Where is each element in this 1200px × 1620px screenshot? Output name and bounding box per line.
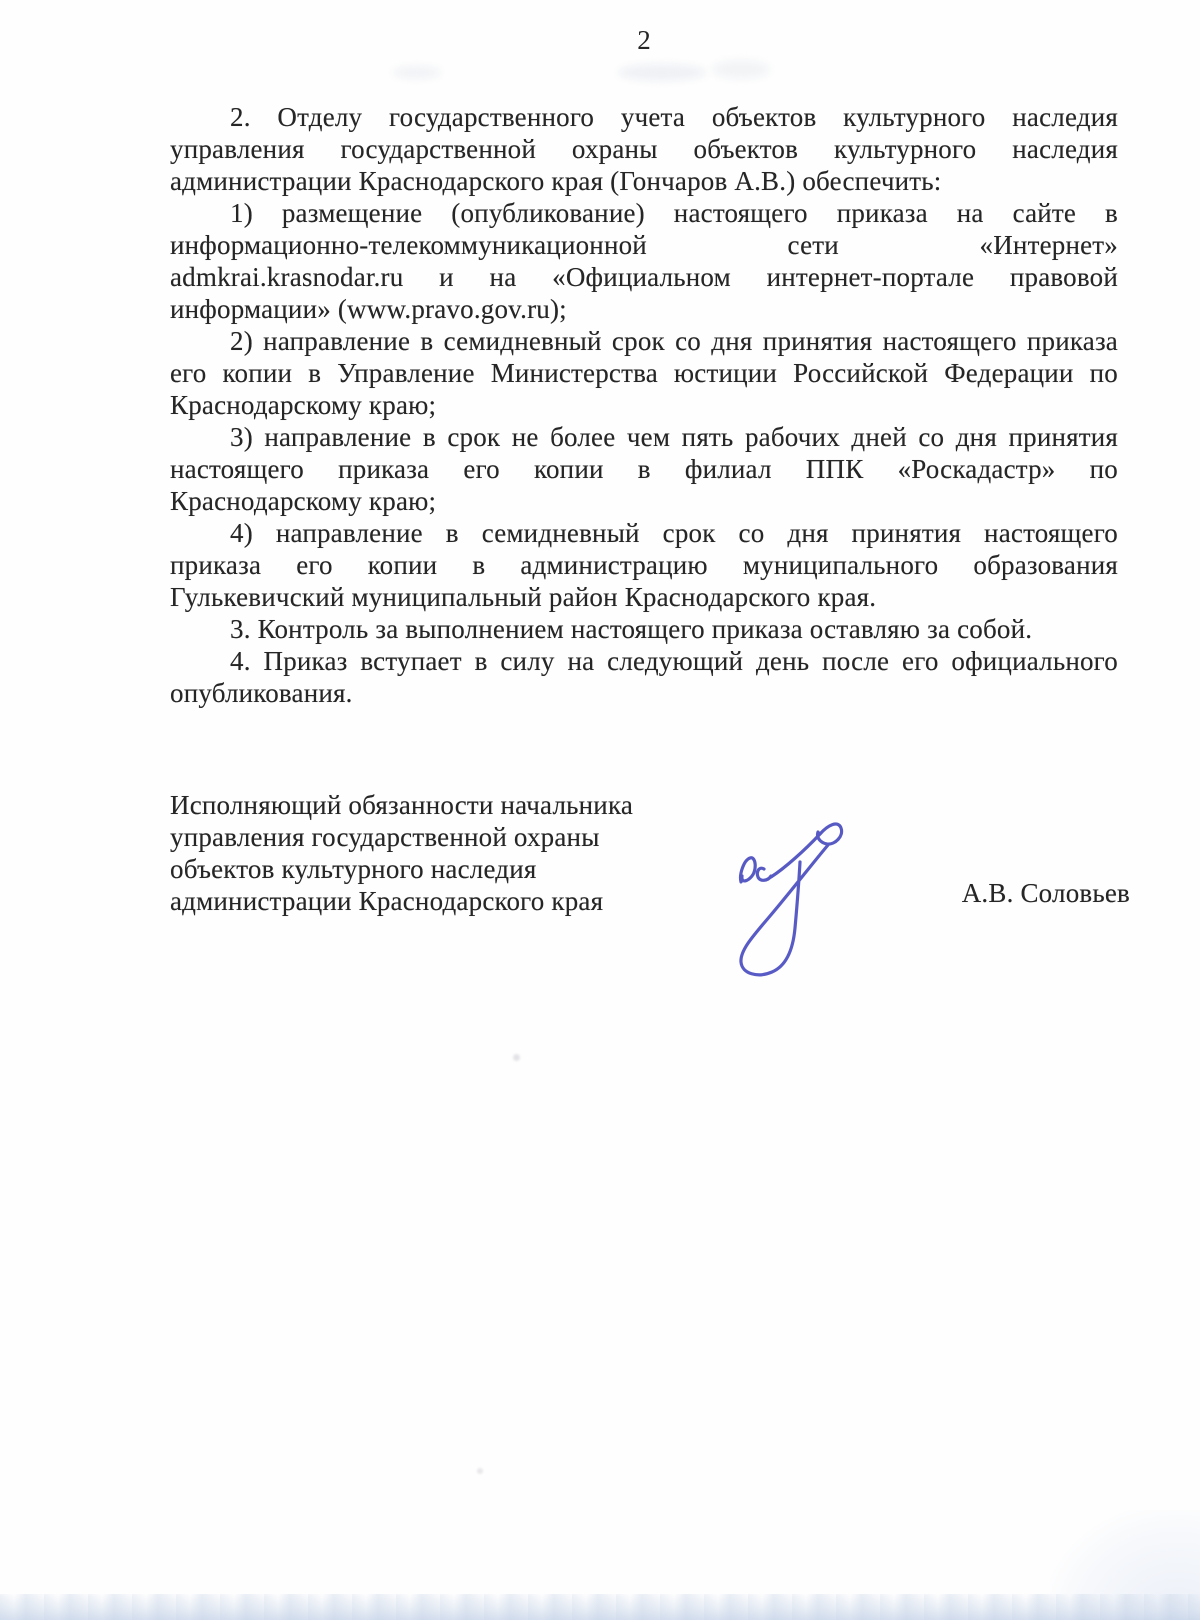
document-line: 3. Контроль за выполнением настоящего пр… bbox=[170, 613, 1118, 645]
document-line: Краснодарскому краю; bbox=[170, 485, 1118, 517]
signature-ink bbox=[700, 788, 880, 988]
document-line: 4. Приказ вступает в силу на следующий д… bbox=[170, 645, 1118, 677]
document-line: admkrai.krasnodar.ru и на «Официальном и… bbox=[170, 261, 1118, 293]
document-line: настоящего приказа его копии в филиал ПП… bbox=[170, 453, 1118, 485]
document-line: 3) направление в срок не более чем пять … bbox=[170, 421, 1118, 453]
document-line: 1) размещение (опубликование) настоящего… bbox=[170, 197, 1118, 229]
scan-speck bbox=[513, 1054, 520, 1061]
document-line: опубликования. bbox=[170, 677, 1118, 709]
page-number: 2 bbox=[170, 24, 1118, 56]
document-body: 2. Отделу государственного учета объекто… bbox=[170, 101, 1118, 709]
signatory-name: А.В. Соловьев bbox=[918, 878, 1130, 908]
scan-smudge bbox=[712, 60, 770, 79]
document-page: 2 2. Отделу государственного учета объек… bbox=[0, 0, 1200, 1620]
document-line: приказа его копии в администрацию муници… bbox=[170, 549, 1118, 581]
document-line: администрации Краснодарского края (Гонча… bbox=[170, 165, 1118, 197]
signature-stroke bbox=[757, 868, 771, 880]
document-line: управления государственной охраны объект… bbox=[170, 133, 1118, 165]
document-line: 2. Отделу государственного учета объекто… bbox=[170, 101, 1118, 133]
document-line: информационно-телекоммуникационной сети … bbox=[170, 229, 1118, 261]
document-line: информации» (www.pravo.gov.ru); bbox=[170, 293, 1118, 325]
signature-stroke bbox=[741, 858, 756, 882]
signature-block: Исполняющий обязанности начальника управ… bbox=[170, 790, 770, 918]
signature-title-line: администрации Краснодарского края bbox=[170, 886, 770, 918]
signature-title-line: управления государственной охраны bbox=[170, 822, 770, 854]
document-line: Краснодарскому краю; bbox=[170, 389, 1118, 421]
bottom-scan-band bbox=[0, 1594, 1200, 1620]
document-line: Гулькевичский муниципальный район Красно… bbox=[170, 581, 1118, 613]
document-line: 2) направление в семидневный срок со дня… bbox=[170, 325, 1118, 357]
scan-smudge bbox=[393, 66, 441, 79]
document-line: 4) направление в семидневный срок со дня… bbox=[170, 517, 1118, 549]
scan-smudge bbox=[618, 64, 706, 81]
scan-speck bbox=[477, 1468, 483, 1474]
signature-title-line: объектов культурного наследия bbox=[170, 854, 770, 886]
document-line: его копии в Управление Министерства юсти… bbox=[170, 357, 1118, 389]
signature-title-line: Исполняющий обязанности начальника bbox=[170, 790, 770, 822]
